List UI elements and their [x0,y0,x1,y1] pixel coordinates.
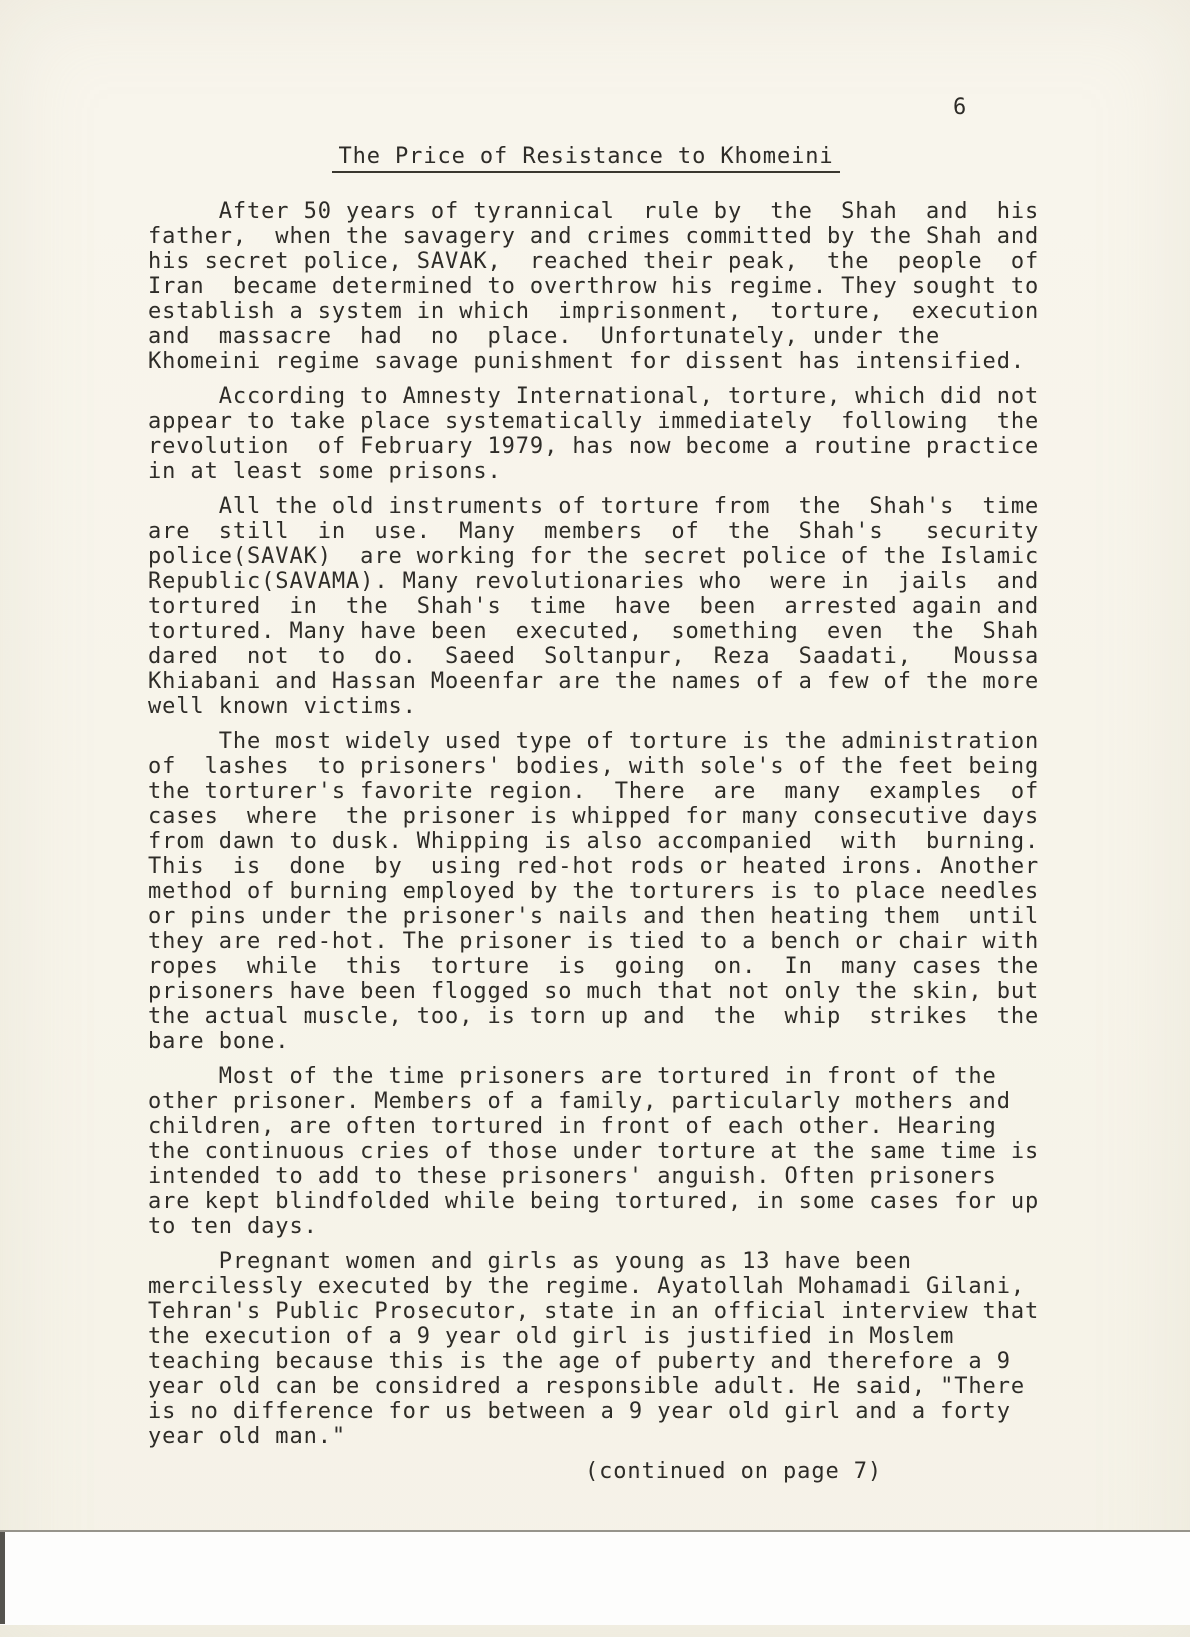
text-line: Khiabani and Hassan Moeenfar are the nam… [148,669,1068,694]
paragraph: According to Amnesty International, tort… [148,384,1068,484]
paragraph: All the old instruments of torture from … [148,494,1068,719]
text-line: establish a system in which imprisonment… [148,299,1068,324]
text-line: tortured. Many have been executed, somet… [148,619,1068,644]
text-line: his secret police, SAVAK, reached their … [148,249,1068,274]
text-line: children, are often tortured in front of… [148,1114,1068,1139]
page-number: 6 [953,95,967,120]
text-line: the torturer's favorite region. There ar… [148,779,1068,804]
title-row: The Price of Resistance to Khomeini [0,144,1172,173]
text-line: the continuous cries of those under tort… [148,1139,1068,1164]
text-line: year old can be considred a responsible … [148,1374,1068,1399]
continued-note: (continued on page 7) [585,1459,1068,1484]
text-line: According to Amnesty International, tort… [148,384,1068,409]
text-line: teaching because this is the age of pube… [148,1349,1068,1374]
text-line: This is done by using red-hot rods or he… [148,854,1068,879]
text-line: revolution of February 1979, has now bec… [148,434,1068,459]
text-line: and massacre had no place. Unfortunately… [148,324,1068,349]
text-line: The most widely used type of torture is … [148,729,1068,754]
text-line: intended to add to these prisoners' angu… [148,1164,1068,1189]
text-line: or pins under the prisoner's nails and t… [148,904,1068,929]
text-line: Most of the time prisoners are tortured … [148,1064,1068,1089]
text-line: other prisoner. Members of a family, par… [148,1089,1068,1114]
text-line: bare bone. [148,1029,1068,1054]
text-line: method of burning employed by the tortur… [148,879,1068,904]
text-line: All the old instruments of torture from … [148,494,1068,519]
text-line: tortured in the Shah's time have been ar… [148,594,1068,619]
document-title: The Price of Resistance to Khomeini [332,144,839,173]
document-body: After 50 years of tyrannical rule by the… [148,199,1068,1484]
paragraph: Most of the time prisoners are tortured … [148,1064,1068,1239]
text-line: Khomeini regime savage punishment for di… [148,349,1068,374]
text-line: Iran became determined to overthrow his … [148,274,1068,299]
text-line: father, when the savagery and crimes com… [148,224,1068,249]
paragraph: Pregnant women and girls as young as 13 … [148,1249,1068,1449]
text-line: prisoners have been flogged so much that… [148,979,1068,1004]
text-line: dared not to do. Saeed Soltanpur, Reza S… [148,644,1068,669]
scanned-document-page: 6 The Price of Resistance to Khomeini Af… [0,0,1190,1637]
text-line: the execution of a 9 year old girl is ju… [148,1324,1068,1349]
scan-edge-left-shadow [0,1532,5,1624]
text-line: After 50 years of tyrannical rule by the… [148,199,1068,224]
text-line: are kept blindfolded while being torture… [148,1189,1068,1214]
text-line: appear to take place systematically imme… [148,409,1068,434]
text-line: the actual muscle, too, is torn up and t… [148,1004,1068,1029]
text-line: ropes while this torture is going on. In… [148,954,1068,979]
text-line: to ten days. [148,1214,1068,1239]
text-line: cases where the prisoner is whipped for … [148,804,1068,829]
text-line: mercilessly executed by the regime. Ayat… [148,1274,1068,1299]
text-line: Pregnant women and girls as young as 13 … [148,1249,1068,1274]
text-line: Tehran's Public Prosecutor, state in an … [148,1299,1068,1324]
text-line: in at least some prisons. [148,459,1068,484]
paragraph: The most widely used type of torture is … [148,729,1068,1054]
text-line: is no difference for us between a 9 year… [148,1399,1068,1424]
text-line: are still in use. Many members of the Sh… [148,519,1068,544]
text-line: well known victims. [148,694,1068,719]
text-line: they are red-hot. The prisoner is tied t… [148,929,1068,954]
text-line: from dawn to dusk. Whipping is also acco… [148,829,1068,854]
text-line: police(SAVAK) are working for the secret… [148,544,1068,569]
text-line: of lashes to prisoners' bodies, with sol… [148,754,1068,779]
paragraph: After 50 years of tyrannical rule by the… [148,199,1068,374]
text-line: Republic(SAVAMA). Many revolutionaries w… [148,569,1068,594]
scan-edge-bottom [0,1530,1190,1625]
text-line: year old man." [148,1424,1068,1449]
